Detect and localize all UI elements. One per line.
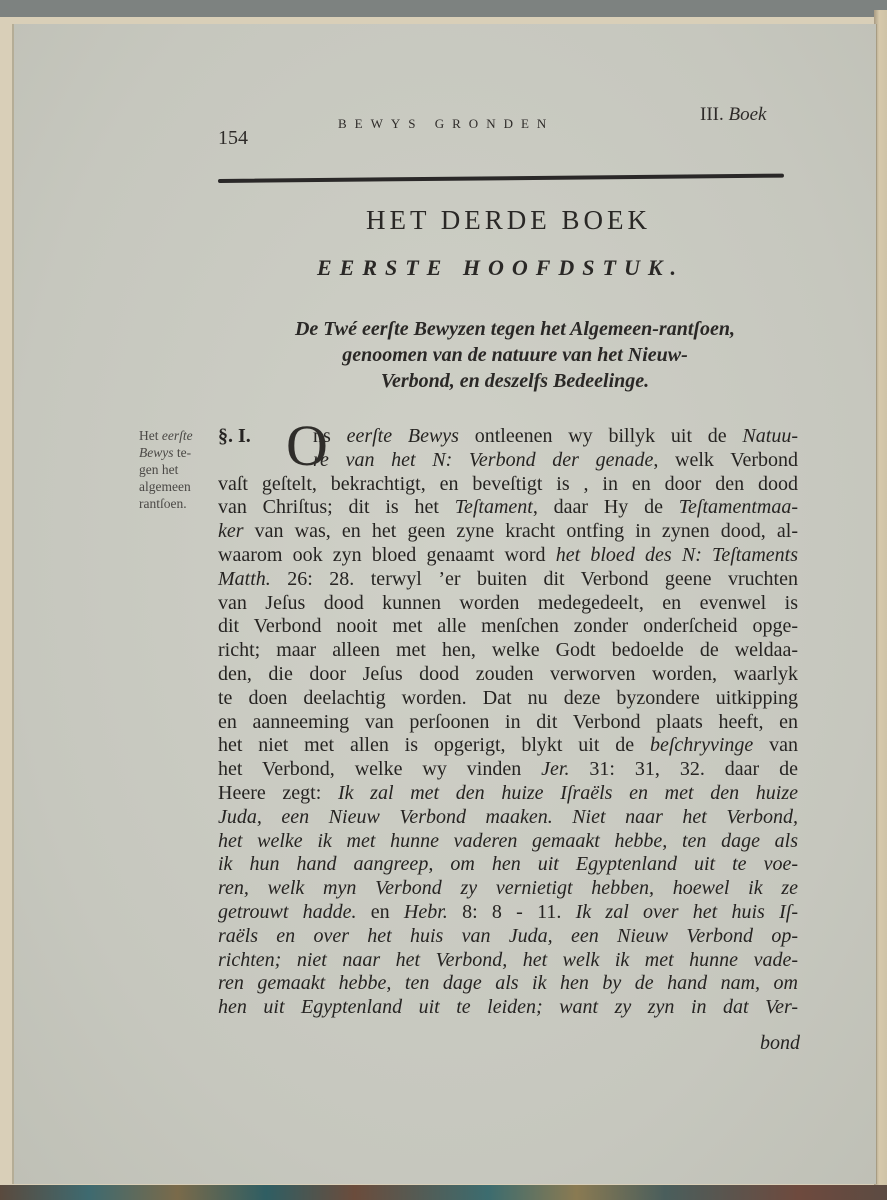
text-line: den, die door Jeſus dood zouden verworve… <box>218 663 798 687</box>
text-run: richten; niet naar het Verbond, het welk… <box>218 949 798 971</box>
text-run: ik hun hand aangreep, om hen uit Egypten… <box>218 853 798 875</box>
book-label-roman: III. <box>700 104 724 125</box>
text-run: , welk Verbond <box>653 449 798 471</box>
margin-note-text: te- <box>174 445 192 460</box>
text-line: Heere zegt: Ik zal met den huize Iſraëls… <box>218 782 798 806</box>
catchword: bond <box>760 1032 800 1055</box>
text-line: ik hun hand aangreep, om hen uit Egypten… <box>218 853 798 877</box>
margin-note-text: eerſte <box>162 428 193 443</box>
margin-note-text: algemeen <box>139 478 219 495</box>
text-run: Juda, een Nieuw Verbond maaken. Niet naa… <box>218 806 798 828</box>
margin-note-text: Bewys <box>139 445 174 460</box>
text-run: hen uit Egyptenland uit te leiden; want … <box>218 996 798 1018</box>
text-run: beſchryvinge <box>650 734 753 756</box>
text-run: en aanneeming van perſoonen in dit Verbo… <box>218 711 798 733</box>
margin-note-text: rantſoen. <box>139 495 219 512</box>
text-run: het Verbond, welke wy vinden <box>218 758 541 780</box>
drop-cap: O <box>286 417 328 475</box>
text-run: het welke ik met hunne vaderen gemaakt h… <box>218 830 798 852</box>
text-line: richt; maar alleen met hen, welke Godt b… <box>218 639 798 663</box>
book-title: HET DERDE BOEK <box>0 205 887 236</box>
text-run: , daar Hy de <box>533 496 679 518</box>
text-run: eerſte Bewys <box>347 425 459 447</box>
text-line: ren, welk myn Verbond zy vernietigt hebb… <box>218 877 798 901</box>
text-run: Hebr. <box>404 901 448 923</box>
text-line: ker van was, en het geen zyne kracht ont… <box>218 520 798 544</box>
text-line: Juda, een Nieuw Verbond maaken. Niet naa… <box>218 806 798 830</box>
margin-note-text: Het <box>139 428 162 443</box>
text-run: waarom ook zyn bloed genaamt word <box>218 544 556 566</box>
text-run: te doen deelachtig worden. Dat nu deze b… <box>218 687 798 709</box>
section-mark: §. I. <box>218 425 251 449</box>
text-run: Heere zegt: <box>218 782 338 804</box>
text-run: raëls en over het huis van Juda, een Nie… <box>218 925 798 947</box>
text-line: ren gemaakt hebbe, ten dage als ik hen b… <box>218 972 798 996</box>
section-body: O §. I.ns eerſte Bewys ontleenen wy bill… <box>218 425 798 1020</box>
text-line: het niet met allen is opgerigt, blykt ui… <box>218 734 798 758</box>
book-label-word: Boek <box>728 104 766 125</box>
chapter-title: EERSTE HOOFDSTUK. <box>0 255 887 281</box>
text-run: van Jeſus dood kunnen worden medegedeelt… <box>218 592 798 614</box>
text-run: Jer. <box>541 758 569 780</box>
text-run: re van het N: Verbond der genade <box>313 449 653 471</box>
text-run: ontleenen wy billyk uit de <box>459 425 742 447</box>
text-line: hen uit Egyptenland uit te leiden; want … <box>218 996 798 1020</box>
text-line: dit Verbond nooit met alle menſchen zond… <box>218 615 798 639</box>
margin-note-text: gen het <box>139 461 219 478</box>
text-line: en aanneeming van perſoonen in dit Verbo… <box>218 711 798 735</box>
text-run: Ik zal over het huis Iſ- <box>576 901 798 923</box>
text-run: 26: 28. terwyl ’er buiten dit Verbond ge… <box>271 568 798 590</box>
text-run: 31: 31, 32. daar de <box>569 758 798 780</box>
text-run: Ik zal met den huize Iſraëls en met den … <box>338 782 798 804</box>
running-title: BEWYS GRONDEN <box>338 116 554 132</box>
text-line: het Verbond, welke wy vinden Jer. 31: 31… <box>218 758 798 782</box>
text-run: Matth. <box>218 568 271 590</box>
text-run: Natuu- <box>742 425 798 447</box>
subtitle-line: Verbond, en deszelfs Bedeelinge. <box>230 368 800 394</box>
text-line: waarom ook zyn bloed genaamt word het bl… <box>218 544 798 568</box>
text-run: den, die door Jeſus dood zouden verworve… <box>218 663 798 685</box>
marbled-cover-edge <box>0 1185 887 1200</box>
text-run: 8: 8 - 11. <box>448 901 576 923</box>
text-line: raëls en over het huis van Juda, een Nie… <box>218 925 798 949</box>
text-run: van <box>753 734 798 756</box>
text-line: te doen deelachtig worden. Dat nu deze b… <box>218 687 798 711</box>
text-run: van was, en het geen zyne kracht ontfing… <box>244 520 798 542</box>
text-run: het bloed des N: Teſtaments <box>556 544 798 566</box>
text-lines: §. I.ns eerſte Bewys ontleenen wy billyk… <box>218 425 798 1020</box>
text-run: ker <box>218 520 244 542</box>
text-run: Teſtament <box>455 496 533 518</box>
text-run: ren gemaakt hebbe, ten dage als ik hen b… <box>218 972 798 994</box>
margin-note: Het eerſte Bewys te- gen het algemeen ra… <box>139 427 219 512</box>
chapter-subtitle: De Twé eerſte Bewyzen tegen het Algemeen… <box>230 316 800 394</box>
text-run: getrouwt hadde. <box>218 901 357 923</box>
book-label: III. Boek <box>700 104 766 126</box>
text-line: richten; niet naar het Verbond, het welk… <box>218 949 798 973</box>
subtitle-line: genoomen van de natuure van het Nieuw- <box>230 342 800 368</box>
text-run: richt; maar alleen met hen, welke Godt b… <box>218 639 798 661</box>
text-run: het niet met allen is opgerigt, blykt ui… <box>218 734 650 756</box>
text-run: dit Verbond nooit met alle menſchen zond… <box>218 615 798 637</box>
text-line: van Jeſus dood kunnen worden medegedeelt… <box>218 592 798 616</box>
subtitle-line: De Twé eerſte Bewyzen tegen het Algemeen… <box>230 316 800 342</box>
text-run: van Chriſtus; dit is het <box>218 496 455 518</box>
text-line: Matth. 26: 28. terwyl ’er buiten dit Ver… <box>218 568 798 592</box>
text-run: Teſtamentmaa- <box>679 496 798 518</box>
text-line: getrouwt hadde. en Hebr. 8: 8 - 11. Ik z… <box>218 901 798 925</box>
page-number: 154 <box>218 127 248 150</box>
text-line: het welke ik met hunne vaderen gemaakt h… <box>218 830 798 854</box>
text-run: ren, welk myn Verbond zy vernietigt hebb… <box>218 877 798 899</box>
text-line: van Chriſtus; dit is het Teſtament, daar… <box>218 496 798 520</box>
text-run: en <box>357 901 404 923</box>
